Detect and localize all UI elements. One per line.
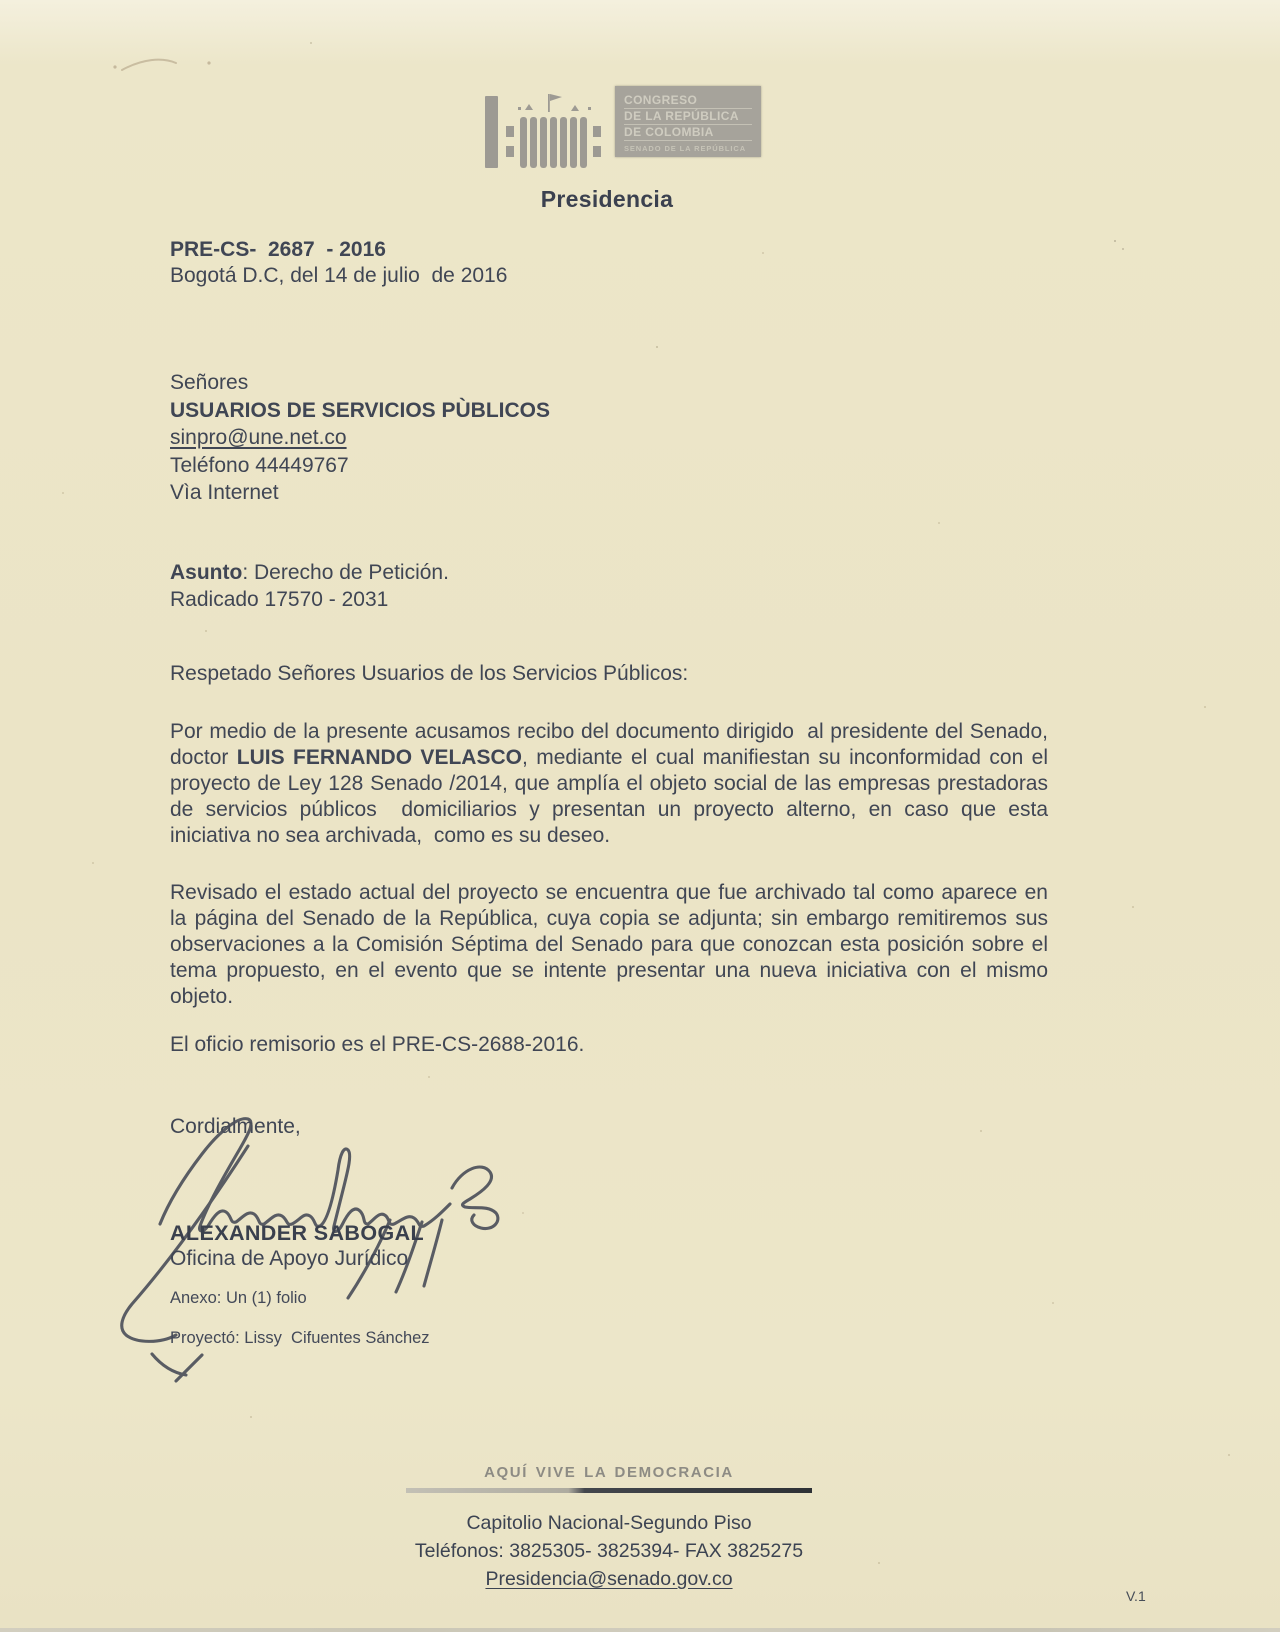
closing-line: Cordialmente,	[170, 1114, 301, 1140]
subject-line: Asunto: Derecho de Petición.	[170, 560, 449, 587]
congress-logo: CONGRESO DE LA REPÚBLICA DE COLOMBIA SEN…	[485, 86, 761, 170]
paragraph-1-name: LUIS FERNANDO VELASCO	[237, 746, 522, 769]
drafted-by-note: Proyectó: Lissy Cifuentes Sánchez	[170, 1329, 430, 1348]
office-title: Presidencia	[168, 186, 1046, 213]
pen-mark	[112, 50, 222, 80]
senate-slogan: AQUÍ VIVE LA DEMOCRACIA	[170, 1464, 1048, 1481]
subject-label: Asunto	[170, 561, 242, 584]
city-date: Bogotá D.C, del 14 de julio de 2016	[170, 263, 507, 289]
version-label: V.1	[1126, 1588, 1146, 1604]
letter-footer: AQUÍ VIVE LA DEMOCRACIA Capitolio Nacion…	[170, 1464, 1048, 1593]
congress-logo-textbox: CONGRESO DE LA REPÚBLICA DE COLOMBIA SEN…	[615, 86, 761, 157]
logo-subline: SENADO DE LA REPÚBLICA	[624, 144, 752, 153]
filing-number: Radicado 17570 - 2031	[170, 587, 449, 614]
footer-address: Capitolio Nacional-Segundo Piso	[170, 1509, 1048, 1537]
recipient-email-link[interactable]: sinpro@une.net.co	[170, 426, 347, 449]
greeting-line: Respetado Señores Usuarios de los Servic…	[170, 661, 688, 687]
footer-divider-bar	[406, 1488, 812, 1493]
recipient-phone: Teléfono 44449767	[170, 452, 550, 480]
recipient-channel: Vìa Internet	[170, 479, 550, 507]
logo-line-3: DE COLOMBIA	[624, 125, 752, 141]
subject-text: : Derecho de Petición.	[242, 561, 449, 584]
recipient-salutation: Señores	[170, 369, 550, 397]
paragraph-2: Revisado el estado actual del proyecto s…	[170, 880, 1048, 1010]
footer-phones: Teléfonos: 3825305- 3825394- FAX 3825275	[170, 1537, 1048, 1565]
subject-block: Asunto: Derecho de Petición. Radicado 17…	[170, 560, 449, 613]
scanned-letter: CONGRESO DE LA REPÚBLICA DE COLOMBIA SEN…	[0, 0, 1280, 1632]
reference-block: PRE-CS- 2687 - 2016 Bogotá D.C, del 14 d…	[170, 237, 507, 289]
scan-bottom-edge	[0, 1628, 1280, 1632]
paper-speckles	[0, 0, 2, 2]
paragraph-3: El oficio remisorio es el PRE-CS-2688-20…	[170, 1032, 1048, 1058]
recipient-block: Señores USUARIOS DE SERVICIOS PÙBLICOS s…	[170, 369, 550, 507]
letterhead: CONGRESO DE LA REPÚBLICA DE COLOMBIA SEN…	[170, 86, 1048, 213]
annex-note: Anexo: Un (1) folio	[170, 1289, 307, 1308]
signer-name: ALEXANDER SABOGAL	[170, 1221, 424, 1246]
signer-title: Oficina de Apoyo Jurídico	[170, 1247, 408, 1271]
paragraph-1: Por medio de la presente acusamos recibo…	[170, 719, 1048, 849]
reference-code: PRE-CS- 2687 - 2016	[170, 237, 507, 263]
footer-email-link[interactable]: Presidencia@senado.gov.co	[485, 1568, 732, 1590]
logo-line-1: CONGRESO	[624, 93, 752, 109]
recipient-name: USUARIOS DE SERVICIOS PÙBLICOS	[170, 397, 550, 425]
capitol-columns-icon	[485, 90, 605, 170]
logo-line-2: DE LA REPÚBLICA	[624, 109, 752, 125]
